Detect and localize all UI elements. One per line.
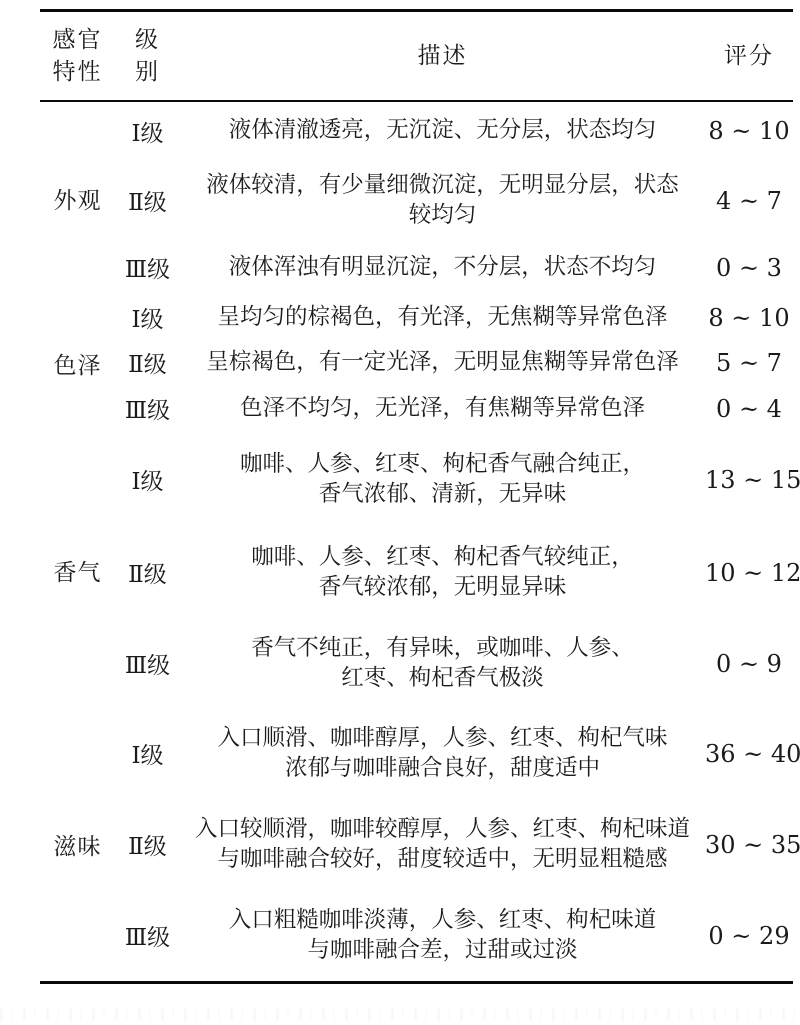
score-range: 0 ~ 4 bbox=[705, 385, 793, 433]
table-row: 外观 Ⅰ级 液体清澈透亮，无沉淀、无分层，状态均匀 8 ~ 10 bbox=[40, 101, 793, 161]
table-row: Ⅱ级 呈棕褐色，有一定光泽，无明显焦糊等异常色泽 5 ~ 7 bbox=[40, 341, 793, 385]
grade-label: Ⅰ级 bbox=[115, 433, 180, 527]
attribute-color: 色泽 bbox=[40, 295, 115, 433]
description-text: 咖啡、人参、红枣、枸杞香气融合纯正， 香气浓郁、清新，无异味 bbox=[180, 433, 705, 527]
document-page: 感官 特性 级 别 描述 评分 外观 Ⅰ级 液体清澈透亮，无沉淀、无分层，状态均… bbox=[0, 0, 800, 1025]
grade-label: Ⅱ级 bbox=[115, 527, 180, 619]
table-row: Ⅲ级 入口粗糙咖啡淡薄，人参、红枣、枸杞味道 与咖啡融合差，过甜或过淡 0 ~ … bbox=[40, 891, 793, 983]
description-text: 入口较顺滑，咖啡较醇厚，人参、红枣、枸杞味道 与咖啡融合较好，甜度较适中，无明显… bbox=[180, 799, 705, 891]
col-header-sensory-attribute: 感官 特性 bbox=[40, 11, 115, 101]
score-range: 8 ~ 10 bbox=[705, 101, 793, 161]
attribute-taste: 滋味 bbox=[40, 709, 115, 983]
table-row: Ⅱ级 液体较清，有少量细微沉淀，无明显分层，状态 较均匀 4 ~ 7 bbox=[40, 161, 793, 241]
grade-label: Ⅲ级 bbox=[115, 619, 180, 709]
grade-label: Ⅱ级 bbox=[115, 161, 180, 241]
table-row: Ⅲ级 香气不纯正，有异味，或咖啡、人参、 红枣、枸杞香气极淡 0 ~ 9 bbox=[40, 619, 793, 709]
table-row: 香气 Ⅰ级 咖啡、人参、红枣、枸杞香气融合纯正， 香气浓郁、清新，无异味 13 … bbox=[40, 433, 793, 527]
score-range: 30 ~ 35 bbox=[705, 799, 793, 891]
score-range: 10 ~ 12 bbox=[705, 527, 793, 619]
table-row: Ⅲ级 液体浑浊有明显沉淀，不分层，状态不均匀 0 ~ 3 bbox=[40, 241, 793, 295]
grade-label: Ⅰ级 bbox=[115, 295, 180, 341]
table-row: 滋味 Ⅰ级 入口顺滑、咖啡醇厚，人参、红枣、枸杞气味 浓郁与咖啡融合良好，甜度适… bbox=[40, 709, 793, 799]
grade-label: Ⅲ级 bbox=[115, 891, 180, 983]
grade-label: Ⅰ级 bbox=[115, 709, 180, 799]
attribute-appearance: 外观 bbox=[40, 101, 115, 295]
col-header-description: 描述 bbox=[180, 11, 705, 101]
sensory-evaluation-table: 感官 特性 级 别 描述 评分 外观 Ⅰ级 液体清澈透亮，无沉淀、无分层，状态均… bbox=[40, 9, 793, 984]
description-text: 液体较清，有少量细微沉淀，无明显分层，状态 较均匀 bbox=[180, 161, 705, 241]
description-text: 呈棕褐色，有一定光泽，无明显焦糊等异常色泽 bbox=[180, 341, 705, 385]
grade-label: Ⅱ级 bbox=[115, 341, 180, 385]
table-row: Ⅱ级 咖啡、人参、红枣、枸杞香气较纯正， 香气较浓郁，无明显异味 10 ~ 12 bbox=[40, 527, 793, 619]
table-row: Ⅲ级 色泽不均匀，无光泽，有焦糊等异常色泽 0 ~ 4 bbox=[40, 385, 793, 433]
description-text: 香气不纯正，有异味，或咖啡、人参、 红枣、枸杞香气极淡 bbox=[180, 619, 705, 709]
score-range: 0 ~ 29 bbox=[705, 891, 793, 983]
table-header-row: 感官 特性 级 别 描述 评分 bbox=[40, 11, 793, 101]
attribute-aroma: 香气 bbox=[40, 433, 115, 709]
scan-artifact bbox=[0, 1008, 800, 1020]
description-text: 液体清澈透亮，无沉淀、无分层，状态均匀 bbox=[180, 101, 705, 161]
score-range: 0 ~ 3 bbox=[705, 241, 793, 295]
grade-label: Ⅰ级 bbox=[115, 101, 180, 161]
score-range: 4 ~ 7 bbox=[705, 161, 793, 241]
description-text: 咖啡、人参、红枣、枸杞香气较纯正， 香气较浓郁，无明显异味 bbox=[180, 527, 705, 619]
table-row: 色泽 Ⅰ级 呈均匀的棕褐色，有光泽，无焦糊等异常色泽 8 ~ 10 bbox=[40, 295, 793, 341]
score-range: 36 ~ 40 bbox=[705, 709, 793, 799]
grade-label: Ⅲ级 bbox=[115, 385, 180, 433]
col-header-score: 评分 bbox=[705, 11, 793, 101]
table-row: Ⅱ级 入口较顺滑，咖啡较醇厚，人参、红枣、枸杞味道 与咖啡融合较好，甜度较适中，… bbox=[40, 799, 793, 891]
grade-label: Ⅱ级 bbox=[115, 799, 180, 891]
score-range: 0 ~ 9 bbox=[705, 619, 793, 709]
description-text: 入口顺滑、咖啡醇厚，人参、红枣、枸杞气味 浓郁与咖啡融合良好，甜度适中 bbox=[180, 709, 705, 799]
score-range: 5 ~ 7 bbox=[705, 341, 793, 385]
description-text: 液体浑浊有明显沉淀，不分层，状态不均匀 bbox=[180, 241, 705, 295]
score-range: 8 ~ 10 bbox=[705, 295, 793, 341]
description-text: 色泽不均匀，无光泽，有焦糊等异常色泽 bbox=[180, 385, 705, 433]
col-header-grade: 级 别 bbox=[115, 11, 180, 101]
description-text: 呈均匀的棕褐色，有光泽，无焦糊等异常色泽 bbox=[180, 295, 705, 341]
grade-label: Ⅲ级 bbox=[115, 241, 180, 295]
score-range: 13 ~ 15 bbox=[705, 433, 793, 527]
description-text: 入口粗糙咖啡淡薄，人参、红枣、枸杞味道 与咖啡融合差，过甜或过淡 bbox=[180, 891, 705, 983]
